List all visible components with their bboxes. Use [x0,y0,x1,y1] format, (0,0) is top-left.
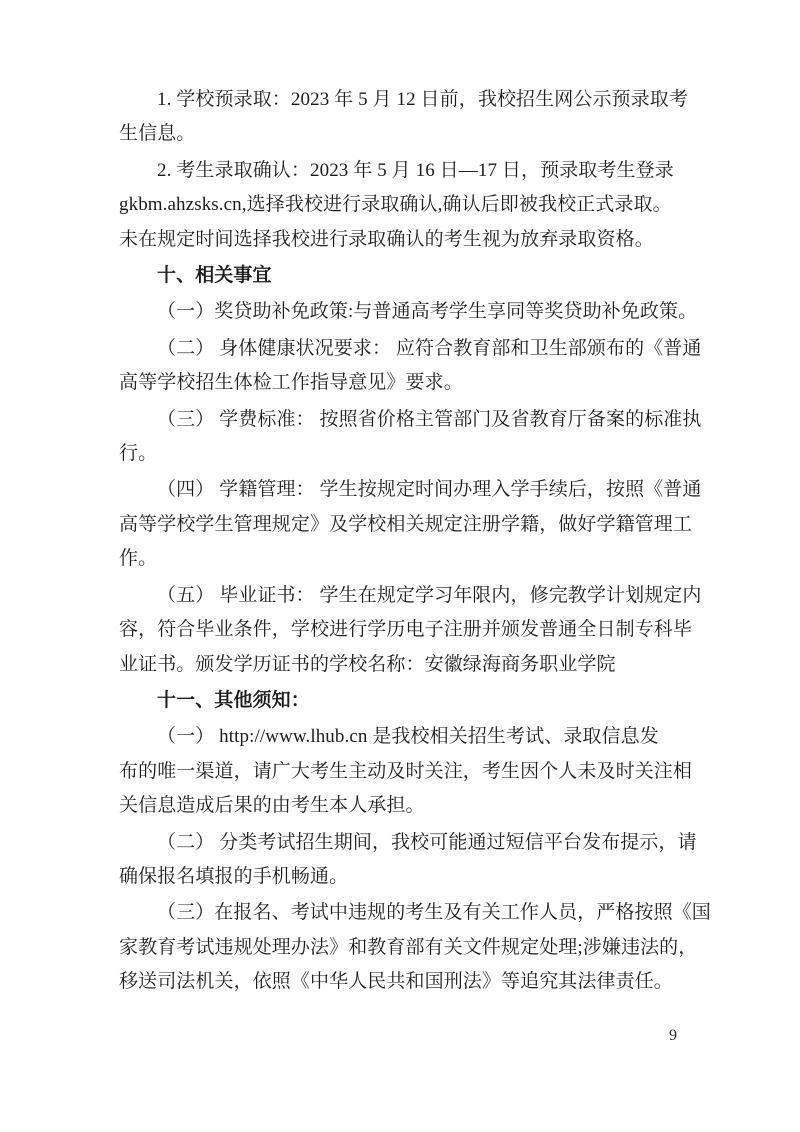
text-line: 移送司法机关，依照《中华人民共和国刑法》等追究其法律责任。 [119,965,689,999]
paragraph-violation-handling: （三）在报名、考试中违规的考生及有关工作人员，严格按照《国 家教育考试违规处理办… [119,896,689,999]
paragraph-health-requirements: （二） 身体健康状况要求： 应符合教育部和卫生部颁布的《普通 高等学校招生体检工… [119,332,689,401]
paragraph-official-website: （一） http://www.lhub.cn 是我校相关招生考试、录取信息发 布… [119,720,689,823]
section-heading-11: 十一、其他须知： [119,684,689,718]
paragraph-diploma: （五） 毕业证书： 学生在规定学习年限内，修完教学计划规定内 容，符合毕业条件，… [119,579,689,682]
text-line: 高等学校学生管理规定》及学校相关规定注册学籍，做好学籍管理工 [119,508,689,542]
text-line: （五） 毕业证书： 学生在规定学习年限内，修完教学计划规定内 [119,579,689,613]
text-line: 生信息。 [119,117,689,151]
heading-line: 十、相关事宜 [119,259,689,293]
text-line: 1. 学校预录取：2023 年 5 月 12 日前，我校招生网公示预录取考 [119,83,689,117]
paragraph-scholarship-policy: （一）奖贷助补免政策:与普通高考学生享同等奖贷助补免政策。 [119,295,689,329]
text-line: （一）奖贷助补免政策:与普通高考学生享同等奖贷助补免政策。 [119,295,689,329]
text-line: 布的唯一渠道，请广大考生主动及时关注，考生因个人未及时关注相 [119,755,689,789]
text-line: 未在规定时间选择我校进行录取确认的考生视为放弃录取资格。 [119,223,689,257]
document-body: 1. 学校预录取：2023 年 5 月 12 日前，我校招生网公示预录取考 生信… [119,83,689,1000]
text-line: 容，符合毕业条件，学校进行学历电子注册并颁发普通全日制专科毕 [119,613,689,647]
paragraph-admission-confirmation: 2. 考生录取确认：2023 年 5 月 16 日—17 日，预录取考生登录 g… [119,154,689,257]
heading-line: 十一、其他须知： [119,684,689,718]
text-line: （四） 学籍管理： 学生按规定时间办理入学手续后，按照《普通 [119,473,689,507]
paragraph-tuition-standard: （三） 学费标准： 按照省价格主管部门及省教育厅备案的标准执 行。 [119,403,689,472]
page-number: 9 [669,1027,677,1045]
text-line: 关信息造成后果的由考生本人承担。 [119,789,689,823]
text-line: （二） 分类考试招生期间，我校可能通过短信平台发布提示，请 [119,826,689,860]
text-line: 确保报名填报的手机畅通。 [119,860,689,894]
text-line: 高等学校招生体检工作指导意见》要求。 [119,366,689,400]
text-line: 家教育考试违规处理办法》和教育部有关文件规定处理;涉嫌违法的， [119,931,689,965]
paragraph-sms-notice: （二） 分类考试招生期间，我校可能通过短信平台发布提示，请 确保报名填报的手机畅… [119,826,689,895]
text-line: 作。 [119,542,689,576]
section-heading-10: 十、相关事宜 [119,259,689,293]
text-line: （三） 学费标准： 按照省价格主管部门及省教育厅备案的标准执 [119,403,689,437]
paragraph-school-preadmission: 1. 学校预录取：2023 年 5 月 12 日前，我校招生网公示预录取考 生信… [119,83,689,152]
text-line: （二） 身体健康状况要求： 应符合教育部和卫生部颁布的《普通 [119,332,689,366]
text-line: （三）在报名、考试中违规的考生及有关工作人员，严格按照《国 [119,896,689,930]
text-line: gkbm.ahzsks.cn,选择我校进行录取确认,确认后即被我校正式录取。 [119,188,689,222]
text-line: 2. 考生录取确认：2023 年 5 月 16 日—17 日，预录取考生登录 [119,154,689,188]
paragraph-student-status: （四） 学籍管理： 学生按规定时间办理入学手续后，按照《普通 高等学校学生管理规… [119,473,689,576]
text-line: 业证书。颁发学历证书的学校名称：安徽绿海商务职业学院 [119,648,689,682]
text-line: （一） http://www.lhub.cn 是我校相关招生考试、录取信息发 [119,720,689,754]
text-line: 行。 [119,437,689,471]
